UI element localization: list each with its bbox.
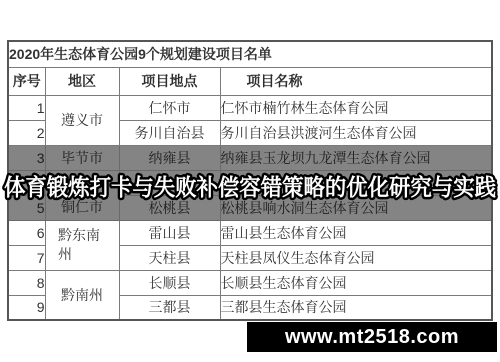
cell-location <box>119 170 220 195</box>
site-url-text: www.mt2518.com <box>285 326 459 349</box>
cell-project-name <box>220 170 492 195</box>
table-row: 8 黔南州 长顺县 长顺县生态体育公园 <box>8 270 492 295</box>
table-row: 1 遵义市 仁怀市 仁怀市楠竹林生态体育公园 <box>8 95 492 120</box>
column-header-name: 项目名称 <box>220 67 492 95</box>
cell-no: 1 <box>8 95 45 120</box>
cell-location: 三都县 <box>119 295 220 320</box>
table-row: 6 黔东南州 雷山县 雷山县生态体育公园 <box>8 220 492 245</box>
park-project-table: 2020年生态体育公园9个规划建设项目名单 序号 地区 项目地点 项目名称 1 … <box>7 40 493 321</box>
column-header-no: 序号 <box>8 67 45 95</box>
cell-region: 黔南州 <box>45 270 119 320</box>
cell-location: 松桃县 <box>119 195 220 220</box>
cell-no: 7 <box>8 245 45 270</box>
cell-no: 9 <box>8 295 45 320</box>
column-header-location: 项目地点 <box>119 67 220 95</box>
cell-project-name: 长顺县生态体育公园 <box>220 270 492 295</box>
cell-region: 黔东南州 <box>45 220 119 270</box>
screenshot-root: 2020年生态体育公园9个规划建设项目名单 序号 地区 项目地点 项目名称 1 … <box>0 0 500 362</box>
cell-no: 5 <box>8 195 45 220</box>
cell-no: 2 <box>8 120 45 145</box>
cell-project-name: 纳雍县玉龙坝九龙潭生态体育公园 <box>220 145 492 170</box>
region-label: 黔东南州 <box>58 226 106 264</box>
cell-location: 雷山县 <box>119 220 220 245</box>
cell-region: 毕节市 <box>45 145 119 170</box>
cell-project-name: 松桃县响水洞生态体育公园 <box>220 195 492 220</box>
cell-location: 仁怀市 <box>119 95 220 120</box>
cell-no: 3 <box>8 145 45 170</box>
column-header-region: 地区 <box>45 67 119 95</box>
cell-project-name: 仁怀市楠竹林生态体育公园 <box>220 95 492 120</box>
cell-project-name: 雷山县生态体育公园 <box>220 220 492 245</box>
cell-location: 纳雍县 <box>119 145 220 170</box>
cell-no: 6 <box>8 220 45 245</box>
cell-location: 长顺县 <box>119 270 220 295</box>
cell-no: 4 <box>8 170 45 195</box>
cell-region: 遵义市 <box>45 95 119 145</box>
cell-project-name: 三都县生态体育公园 <box>220 295 492 320</box>
cell-project-name: 务川自治县洪渡河生态体育公园 <box>220 120 492 145</box>
cell-region: 铜仁市 <box>45 170 119 220</box>
cell-location: 务川自治县 <box>119 120 220 145</box>
table-title: 2020年生态体育公园9个规划建设项目名单 <box>8 41 492 67</box>
site-url-banner: www.mt2518.com <box>247 322 497 352</box>
table-row-highlighted: 4 铜仁市 <box>8 170 492 195</box>
cell-location: 天柱县 <box>119 245 220 270</box>
cell-no: 8 <box>8 270 45 295</box>
cell-project-name: 天柱县凤仪生态体育公园 <box>220 245 492 270</box>
table-row-highlighted: 3 毕节市 纳雍县 纳雍县玉龙坝九龙潭生态体育公园 <box>8 145 492 170</box>
